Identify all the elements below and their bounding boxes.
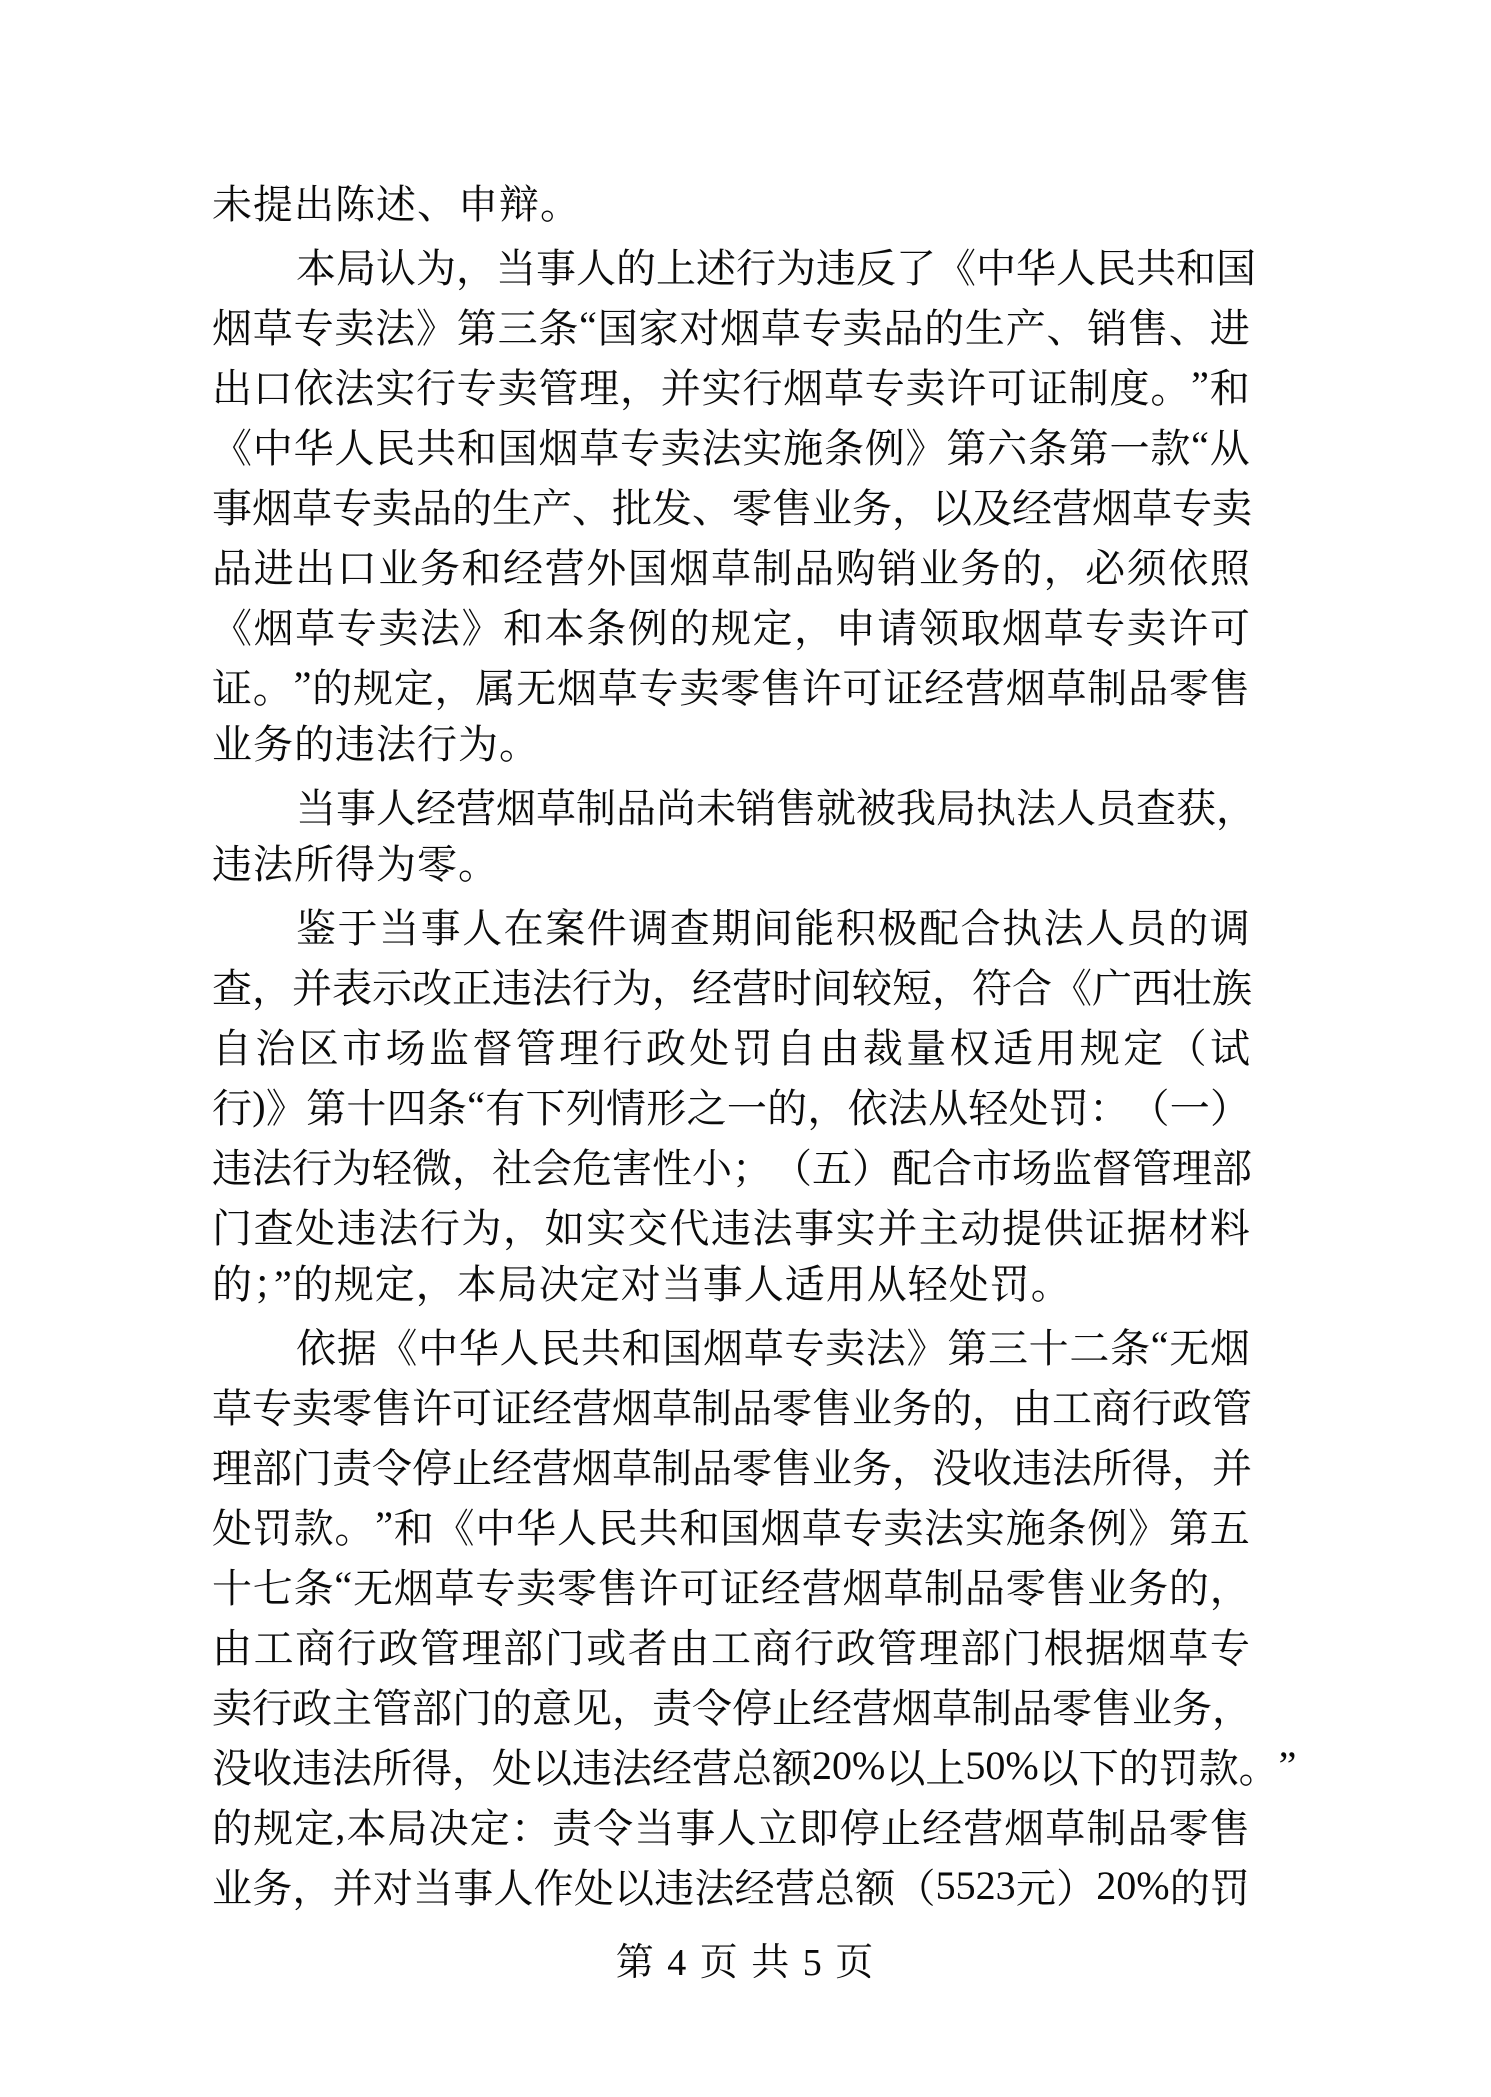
document-glyph: 额 bbox=[772, 1737, 812, 1794]
document-glyph: 意 bbox=[532, 1677, 572, 1734]
document-glyph: 》 bbox=[906, 417, 946, 474]
document-glyph: 例 bbox=[628, 597, 668, 654]
document-glyph: ， bbox=[932, 957, 972, 1014]
document-glyph: 中 bbox=[253, 417, 293, 474]
document-line: 烟草专卖法》第三条“国家对烟草专卖品的生产、销售、进 bbox=[212, 295, 1250, 355]
document-line: 鉴于当事人在案件调查期间能积极配合执法人员的调 bbox=[212, 895, 1250, 955]
document-glyph: 定 bbox=[294, 1797, 334, 1854]
document-glyph: 的 bbox=[932, 1377, 972, 1434]
document-glyph: “ bbox=[579, 302, 597, 349]
document-glyph: 行 bbox=[292, 1137, 332, 1194]
document-glyph: 罚 bbox=[1210, 1857, 1250, 1914]
document-glyph: 行 bbox=[416, 357, 456, 414]
document-glyph: 规 bbox=[353, 657, 393, 714]
document-glyph: 述 bbox=[696, 237, 736, 294]
document-glyph: 法 bbox=[375, 297, 415, 354]
document-glyph: 专 bbox=[475, 1557, 515, 1614]
document-glyph: 门 bbox=[212, 1197, 252, 1254]
document-glyph: 许 bbox=[802, 657, 842, 714]
document-glyph: 罚 bbox=[1049, 1077, 1089, 1134]
document-glyph: 为 bbox=[416, 237, 456, 294]
document-glyph: 法 bbox=[888, 1077, 928, 1134]
document-glyph: 主 bbox=[332, 1677, 372, 1734]
document-glyph: 制 bbox=[753, 537, 793, 594]
document-glyph: ” bbox=[1279, 1742, 1297, 1789]
document-glyph: 业 bbox=[852, 1377, 892, 1434]
document-glyph: 零 bbox=[557, 1557, 597, 1614]
document-glyph: 证 bbox=[1028, 357, 1068, 414]
document-glyph: 烟 bbox=[1002, 597, 1042, 654]
document-glyph: 草 bbox=[1132, 477, 1172, 534]
document-glyph: 由 bbox=[669, 1617, 709, 1674]
document-glyph: 卖 bbox=[906, 357, 946, 414]
document-glyph: 行 bbox=[603, 1017, 643, 1074]
document-glyph: 法 bbox=[1016, 777, 1056, 834]
document-glyph: 七 bbox=[253, 1557, 293, 1614]
document-glyph: 和 bbox=[457, 417, 497, 474]
document-glyph: 烟 bbox=[1210, 1317, 1250, 1374]
document-glyph: 发 bbox=[652, 477, 692, 534]
document-glyph: 止 bbox=[881, 1797, 921, 1854]
document-glyph: 管 bbox=[372, 1677, 412, 1734]
document-glyph: 和 bbox=[461, 537, 501, 594]
document-glyph: 法 bbox=[532, 957, 572, 1014]
document-glyph: 品 bbox=[616, 777, 656, 834]
document-glyph: 规 bbox=[711, 597, 751, 654]
document-glyph: 和 bbox=[679, 1497, 719, 1554]
document-glyph: 可 bbox=[1210, 597, 1250, 654]
document-glyph: ， bbox=[1216, 777, 1256, 834]
document-glyph: 经 bbox=[735, 1857, 775, 1914]
document-glyph: 见 bbox=[572, 1677, 612, 1734]
document-glyph: 、 bbox=[1047, 297, 1087, 354]
document-glyph: 零 bbox=[732, 1437, 772, 1494]
document-glyph: 民 bbox=[540, 1317, 580, 1374]
page-footer: 第 4 页 共 5 页 bbox=[0, 1933, 1491, 1993]
document-glyph: 法 bbox=[924, 1497, 964, 1554]
document-glyph: 零 bbox=[772, 1377, 812, 1434]
document-glyph: 以 bbox=[1039, 1737, 1079, 1794]
document-glyph: 草 bbox=[652, 1377, 692, 1434]
document-glyph: 微 bbox=[412, 1137, 452, 1194]
document-glyph: 政 bbox=[292, 1677, 332, 1734]
document-glyph: ， bbox=[652, 957, 692, 1014]
document-glyph: 的 bbox=[1168, 897, 1208, 954]
document-glyph: 试 bbox=[1210, 1017, 1250, 1074]
document-glyph: 须 bbox=[1127, 537, 1167, 594]
document-glyph: 有 bbox=[485, 1077, 525, 1134]
document-glyph: 品 bbox=[794, 537, 834, 594]
document-glyph: 》 bbox=[416, 297, 456, 354]
document-glyph: 必 bbox=[1085, 537, 1125, 594]
document-glyph: 零 bbox=[332, 1377, 372, 1434]
document-glyph: 在 bbox=[504, 897, 544, 954]
document-glyph: 属 bbox=[475, 657, 515, 714]
document-glyph: 处 bbox=[1009, 1077, 1049, 1134]
document-glyph: 人 bbox=[1056, 237, 1096, 294]
document-glyph: 五 bbox=[1210, 1497, 1250, 1554]
document-glyph: 门 bbox=[452, 1677, 492, 1734]
document-glyph: 经 bbox=[924, 657, 964, 714]
document-glyph: 没 bbox=[212, 1737, 252, 1794]
document-glyph: 条 bbox=[1028, 417, 1068, 474]
document-glyph: 业 bbox=[812, 1437, 852, 1494]
document-glyph: 下 bbox=[525, 1077, 565, 1134]
document-glyph: 人 bbox=[1056, 777, 1096, 834]
document-glyph: 决 bbox=[429, 1797, 469, 1854]
document-glyph: 50% bbox=[965, 1742, 1038, 1789]
document-glyph: 售 bbox=[1047, 1557, 1087, 1614]
document-glyph: 自 bbox=[212, 1017, 252, 1074]
document-glyph: 售 bbox=[772, 1437, 812, 1494]
document-glyph: 短 bbox=[892, 957, 932, 1014]
document-glyph: 本 bbox=[346, 1797, 386, 1854]
document-line: 证。”的规定，属无烟草专卖零售许可证经营烟草制品零售 bbox=[212, 655, 1250, 715]
document-glyph: 三 bbox=[988, 1317, 1028, 1374]
document-glyph: 令 bbox=[692, 1677, 732, 1734]
document-glyph: 总 bbox=[732, 1737, 772, 1794]
document-glyph: 件 bbox=[587, 897, 627, 954]
document-glyph: 没 bbox=[932, 1437, 972, 1494]
document-page: 未提出陈述、申辩。本局认为，当事人的上述行为违反了《中华人民共和国烟草专卖法》第… bbox=[0, 0, 1491, 2097]
document-glyph: 法 bbox=[334, 357, 374, 414]
document-glyph: 行 bbox=[736, 237, 776, 294]
document-glyph: 草 bbox=[253, 297, 293, 354]
document-glyph: 售 bbox=[776, 777, 816, 834]
document-glyph: 规 bbox=[1080, 1017, 1120, 1074]
document-glyph: 度 bbox=[1110, 357, 1150, 414]
document-glyph: 、 bbox=[1169, 297, 1209, 354]
document-glyph: 烟 bbox=[557, 657, 597, 714]
document-glyph: 市 bbox=[342, 1017, 382, 1074]
document-glyph: 实 bbox=[702, 357, 742, 414]
document-glyph: 由 bbox=[212, 1617, 252, 1674]
document-glyph: ） bbox=[1056, 1857, 1096, 1914]
document-glyph: 壮 bbox=[1172, 957, 1212, 1014]
document-glyph: 极 bbox=[877, 897, 917, 954]
document-glyph: 烟 bbox=[254, 597, 294, 654]
document-glyph: 领 bbox=[919, 597, 959, 654]
document-glyph: 第 bbox=[1069, 417, 1109, 474]
document-glyph: 卖 bbox=[334, 297, 374, 354]
document-glyph: 烟 bbox=[1004, 1797, 1044, 1854]
document-glyph: 之 bbox=[687, 1077, 727, 1134]
document-glyph: 监 bbox=[1052, 1137, 1092, 1194]
document-glyph: 许 bbox=[1168, 597, 1208, 654]
document-glyph: （ bbox=[1167, 1017, 1207, 1074]
document-glyph: ， bbox=[1172, 1437, 1212, 1494]
document-glyph: ， bbox=[503, 1197, 543, 1254]
document-glyph: 和 bbox=[503, 597, 543, 654]
document-glyph: 证 bbox=[883, 657, 923, 714]
document-glyph: 第 bbox=[947, 1317, 987, 1374]
document-glyph: 口 bbox=[253, 357, 293, 414]
document-glyph: 无 bbox=[353, 1557, 393, 1614]
document-glyph: 额 bbox=[855, 1857, 895, 1914]
document-glyph: 违 bbox=[1012, 1437, 1052, 1494]
document-glyph: 间 bbox=[812, 957, 852, 1014]
document-glyph: 定 bbox=[470, 1797, 510, 1854]
document-line: 出口依法实行专卖管理，并实行烟草专卖许可证制度。”和 bbox=[212, 355, 1250, 415]
document-glyph: 行 bbox=[212, 1077, 252, 1134]
document-glyph: 经 bbox=[416, 777, 456, 834]
document-glyph: 专 bbox=[337, 597, 377, 654]
document-glyph: 草 bbox=[579, 417, 619, 474]
document-glyph: 由 bbox=[1012, 1377, 1052, 1434]
document-glyph: 人 bbox=[1085, 897, 1125, 954]
document-glyph: 家 bbox=[639, 297, 679, 354]
document-glyph: 法 bbox=[378, 1197, 418, 1254]
document-glyph: 烟 bbox=[703, 1317, 743, 1374]
document-glyph: 总 bbox=[815, 1857, 855, 1914]
document-line: 《中华人民共和国烟草专卖法实施条例》第六条第一款“从 bbox=[212, 415, 1250, 475]
document-glyph: 局 bbox=[936, 777, 976, 834]
document-glyph: 的 bbox=[492, 1677, 532, 1734]
document-glyph: 营 bbox=[852, 1677, 892, 1734]
document-glyph: 从 bbox=[1210, 417, 1250, 474]
document-glyph: 售 bbox=[1128, 297, 1168, 354]
document-glyph: 实 bbox=[742, 417, 782, 474]
document-glyph: 口 bbox=[337, 537, 377, 594]
document-glyph: 较 bbox=[852, 957, 892, 1014]
document-glyph: 《 bbox=[212, 417, 252, 474]
document-glyph: 理 bbox=[212, 1437, 252, 1494]
document-glyph: 门 bbox=[292, 1437, 332, 1494]
document-glyph: “ bbox=[1191, 422, 1209, 469]
document-glyph: 罚 bbox=[253, 1497, 293, 1554]
document-glyph: 止 bbox=[452, 1437, 492, 1494]
document-glyph: 违 bbox=[492, 957, 532, 1014]
document-glyph: 下 bbox=[1079, 1737, 1119, 1794]
document-glyph: 草 bbox=[1045, 1797, 1085, 1854]
document-glyph: 。 bbox=[1150, 357, 1190, 414]
document-glyph: 立 bbox=[758, 1797, 798, 1854]
document-glyph: 认 bbox=[376, 237, 416, 294]
document-glyph: 当 bbox=[634, 1797, 674, 1854]
document-glyph: 停 bbox=[732, 1677, 772, 1734]
document-glyph: 专 bbox=[620, 417, 660, 474]
document-glyph: 十 bbox=[212, 1557, 252, 1614]
document-line: 违法行为轻微，社会危害性小；（五）配合市场监督管理部 bbox=[212, 1135, 1250, 1195]
document-glyph: 专 bbox=[1172, 477, 1212, 534]
document-glyph: 进 bbox=[254, 537, 294, 594]
document-line: 《烟草专卖法》和本条例的规定，申请领取烟草专卖许可 bbox=[212, 595, 1250, 655]
document-glyph: 政 bbox=[836, 1617, 876, 1674]
document-glyph: ， bbox=[452, 1137, 492, 1194]
document-glyph: 对 bbox=[679, 297, 719, 354]
document-glyph: 商 bbox=[753, 1617, 793, 1674]
document-glyph: 以 bbox=[885, 1737, 925, 1794]
document-glyph: 销 bbox=[736, 777, 776, 834]
document-glyph: 轻 bbox=[968, 1077, 1008, 1134]
document-glyph: 积 bbox=[836, 897, 876, 954]
document-glyph: 处 bbox=[689, 1017, 729, 1074]
document-glyph: 产 bbox=[1006, 297, 1046, 354]
document-line: 卖行政主管部门的意见，责令停止经营烟草制品零售业务， bbox=[212, 1675, 1250, 1735]
document-glyph: 经 bbox=[692, 957, 732, 1014]
document-glyph: 管 bbox=[516, 1017, 556, 1074]
document-glyph: 收 bbox=[252, 1737, 292, 1794]
document-glyph: 出 bbox=[212, 357, 252, 414]
document-glyph: 人 bbox=[493, 1857, 533, 1914]
document-glyph: 责 bbox=[552, 1797, 592, 1854]
document-glyph: 事 bbox=[421, 897, 461, 954]
document-glyph: 零 bbox=[720, 657, 760, 714]
document-glyph: 专 bbox=[784, 1317, 824, 1374]
document-glyph: 《 bbox=[1052, 957, 1092, 1014]
document-glyph: 烟 bbox=[572, 1437, 612, 1494]
document-glyph: ， bbox=[794, 597, 834, 654]
document-glyph: 的 bbox=[212, 1797, 252, 1854]
document-glyph: 及 bbox=[972, 477, 1012, 534]
document-glyph: 务 bbox=[1128, 1557, 1168, 1614]
document-glyph: 门 bbox=[545, 1617, 585, 1674]
document-line: 业务的违法行为。 bbox=[212, 715, 1250, 775]
document-glyph: 专 bbox=[332, 477, 372, 534]
document-glyph: 局 bbox=[388, 1797, 428, 1854]
document-glyph: ， bbox=[435, 657, 475, 714]
document-glyph: 监 bbox=[429, 1017, 469, 1074]
document-glyph: 业 bbox=[812, 477, 852, 534]
document-glyph: “ bbox=[1151, 1322, 1169, 1369]
document-glyph: 时 bbox=[772, 957, 812, 1014]
document-glyph: 可 bbox=[843, 657, 883, 714]
document-glyph: 违 bbox=[711, 1197, 751, 1254]
document-glyph: 令 bbox=[593, 1797, 633, 1854]
document-glyph: 场 bbox=[1012, 1137, 1052, 1194]
document-glyph: 华 bbox=[459, 1317, 499, 1374]
document-glyph: 如 bbox=[545, 1197, 585, 1254]
document-glyph: 品 bbox=[1012, 1677, 1052, 1734]
document-glyph: 工 bbox=[711, 1617, 751, 1674]
document-glyph: 专 bbox=[1210, 1617, 1250, 1674]
document-glyph: 品 bbox=[412, 477, 452, 534]
document-glyph: 可 bbox=[679, 1557, 719, 1614]
document-glyph: 法 bbox=[420, 597, 460, 654]
document-glyph: 可 bbox=[452, 1377, 492, 1434]
document-glyph: 本 bbox=[545, 597, 585, 654]
document-glyph: 行 bbox=[337, 1617, 377, 1674]
document-glyph: 表 bbox=[332, 957, 372, 1014]
document-glyph: 卖 bbox=[843, 297, 883, 354]
document-glyph: 案 bbox=[545, 897, 585, 954]
document-glyph: 鉴 bbox=[296, 897, 336, 954]
document-glyph: 者 bbox=[628, 1617, 668, 1674]
document-glyph: 务 bbox=[852, 1437, 892, 1494]
document-glyph: 合 bbox=[961, 897, 1001, 954]
document-glyph: 售 bbox=[598, 1557, 638, 1614]
document-glyph: 为 bbox=[461, 1197, 501, 1254]
document-glyph: 十 bbox=[1029, 1317, 1069, 1374]
document-glyph: 一 bbox=[727, 1077, 767, 1134]
document-glyph: 人 bbox=[500, 1317, 540, 1374]
document-glyph: 营 bbox=[1052, 477, 1092, 534]
document-glyph: 《 bbox=[435, 1497, 475, 1554]
document-glyph: 》 bbox=[1128, 1497, 1168, 1554]
document-glyph: 国 bbox=[628, 537, 668, 594]
document-glyph: ： bbox=[511, 1797, 551, 1854]
document-glyph: 违 bbox=[337, 1197, 377, 1254]
document-glyph: 草 bbox=[1047, 657, 1087, 714]
document-glyph: 处 bbox=[212, 1497, 252, 1554]
document-glyph: 的 bbox=[1002, 537, 1042, 594]
document-glyph: 调 bbox=[1210, 897, 1250, 954]
document-glyph: 违 bbox=[572, 1737, 612, 1794]
document-glyph: 的 bbox=[1170, 1857, 1210, 1914]
document-glyph: 法 bbox=[753, 1197, 793, 1254]
document-glyph: 的 bbox=[1119, 1737, 1159, 1794]
document-glyph: 事 bbox=[536, 237, 576, 294]
document-glyph: 违 bbox=[212, 1137, 252, 1194]
document-glyph: 专 bbox=[639, 657, 679, 714]
document-glyph: 当 bbox=[413, 1857, 453, 1914]
document-glyph: 从 bbox=[928, 1077, 968, 1134]
document-glyph: 售 bbox=[1092, 1677, 1132, 1734]
document-glyph: 以 bbox=[532, 1737, 572, 1794]
document-glyph: 实 bbox=[375, 357, 415, 414]
document-line: 的规定,本局决定：责令当事人立即停止经营烟草制品零售 bbox=[212, 1795, 1250, 1855]
document-glyph: 对 bbox=[373, 1857, 413, 1914]
document-glyph: 品 bbox=[965, 1557, 1005, 1614]
document-glyph: 就 bbox=[816, 777, 856, 834]
document-glyph: 的 bbox=[452, 477, 492, 534]
document-glyph: 生 bbox=[492, 477, 532, 534]
document-glyph: 违 bbox=[816, 237, 856, 294]
document-glyph: “ bbox=[334, 1562, 352, 1609]
document-glyph: 即 bbox=[799, 1797, 839, 1854]
document-glyph: 烟 bbox=[212, 297, 252, 354]
document-glyph: 民 bbox=[1096, 237, 1136, 294]
document-glyph: 第 bbox=[457, 297, 497, 354]
document-glyph: 治 bbox=[255, 1017, 295, 1074]
document-glyph: 得 bbox=[1132, 1437, 1172, 1494]
document-glyph: 5523 bbox=[936, 1862, 1016, 1909]
document-glyph: 烟 bbox=[538, 417, 578, 474]
document-glyph: 实 bbox=[965, 1497, 1005, 1554]
document-glyph: 理 bbox=[1172, 1137, 1212, 1194]
document-glyph: ” bbox=[1191, 362, 1209, 409]
document-glyph: 专 bbox=[457, 357, 497, 414]
document-glyph: 烟 bbox=[892, 1677, 932, 1734]
document-glyph: 配 bbox=[919, 897, 959, 954]
document-glyph: 提 bbox=[1002, 1197, 1042, 1254]
document-glyph: 批 bbox=[612, 477, 652, 534]
document-glyph: 人 bbox=[334, 417, 374, 474]
document-glyph: 卖 bbox=[498, 357, 538, 414]
document-glyph: 取 bbox=[960, 597, 1000, 654]
document-glyph: 许 bbox=[639, 1557, 679, 1614]
document-glyph: 示 bbox=[372, 957, 412, 1014]
document-glyph: 烟 bbox=[843, 1557, 883, 1614]
document-glyph: 得 bbox=[412, 1737, 452, 1794]
document-glyph: 依 bbox=[296, 1317, 336, 1374]
document-glyph: 品 bbox=[692, 1437, 732, 1494]
document-glyph: 害 bbox=[612, 1137, 652, 1194]
document-line: 没收违法所得，处以违法经营总额20%以上50%以下的罚款。” bbox=[212, 1735, 1250, 1795]
document-glyph: 销 bbox=[877, 537, 917, 594]
document-glyph: 用 bbox=[1036, 1017, 1076, 1074]
document-glyph: 烟 bbox=[669, 537, 709, 594]
document-glyph: 理 bbox=[461, 1617, 501, 1674]
document-glyph: 草 bbox=[711, 537, 751, 594]
document-glyph: 无 bbox=[1169, 1317, 1209, 1374]
document-glyph: 经 bbox=[922, 1797, 962, 1854]
document-glyph: 》 bbox=[461, 597, 501, 654]
document-glyph: 草 bbox=[802, 1497, 842, 1554]
document-glyph: 止 bbox=[772, 1677, 812, 1734]
document-glyph: 据 bbox=[1127, 1197, 1167, 1254]
document-glyph: 代 bbox=[669, 1197, 709, 1254]
